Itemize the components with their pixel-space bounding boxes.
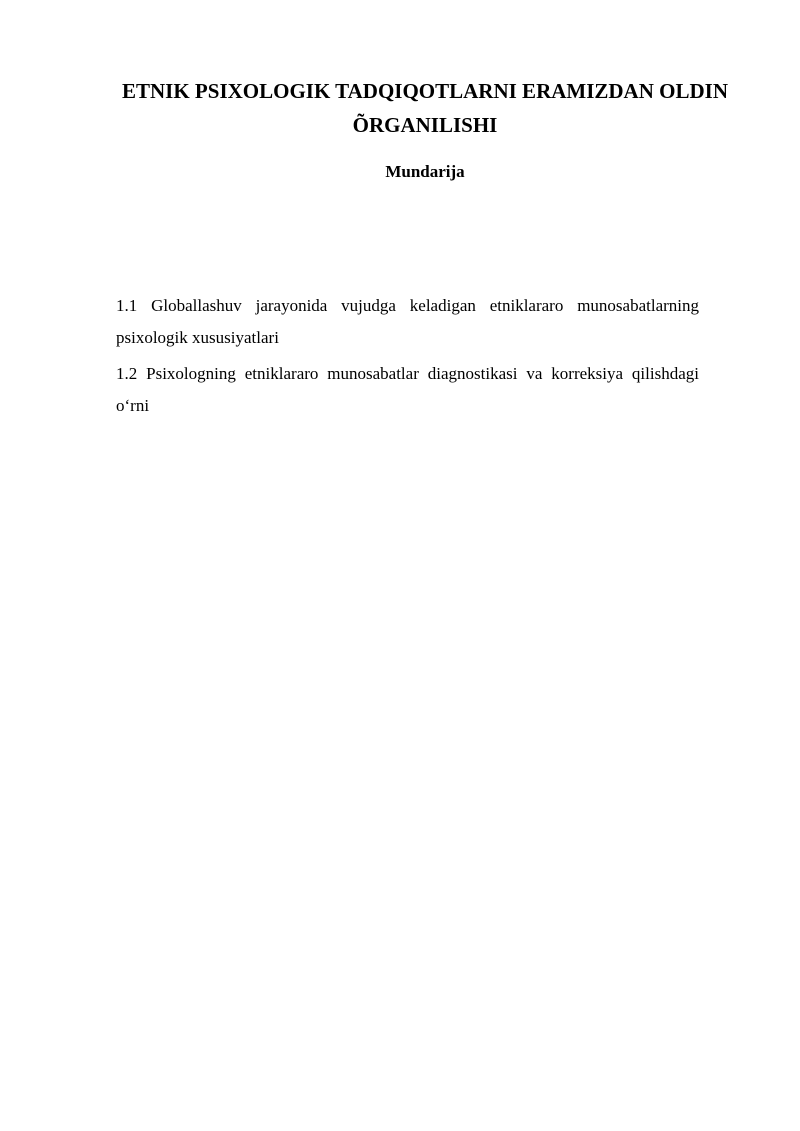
document-title: ETNIK PSIXOLOGIK TADQIQOTLARNI ERAMIZDAN…: [100, 74, 750, 142]
table-of-contents: 1.1 Globallashuv jarayonida vujudga kela…: [116, 290, 699, 426]
toc-item: 1.2 Psixologning etniklararo munosabatla…: [116, 358, 699, 422]
table-of-contents-heading: Mundarija: [100, 160, 750, 184]
toc-item: 1.1 Globallashuv jarayonida vujudga kela…: [116, 290, 699, 354]
